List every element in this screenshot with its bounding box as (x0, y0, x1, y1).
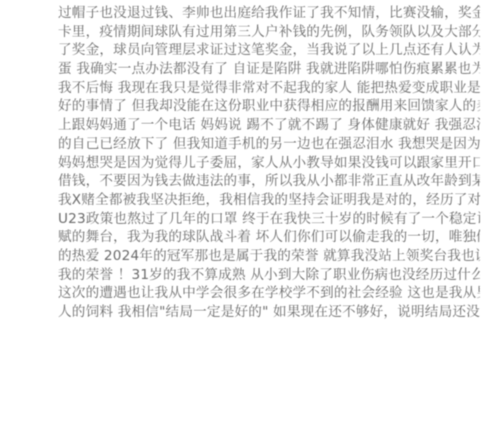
text-line: 蛋 我确实一点办法都没有了 自证是陷阱 我就进陷阱哪怕伤痕累累也为了自己自证 (58, 60, 480, 79)
text-line: 了奖金，球员向管理层求证过这笔奖金，当我说了以上几点还有人认为我是那个坏 (58, 41, 480, 60)
text-line: 的热爱 2024年的冠军那也是属于我的荣誉 就算我没站上领奖台我也认为那是属于 (58, 247, 480, 266)
text-line: 的自己已经放下了 但我知道手机的另一边也在强忍泪水 我想哭是因为我觉得委屈 (58, 135, 480, 154)
text-line: 我的荣誉 ！31岁的我不算成熟 从小到大除了职业伤病也没经历过什么社会霸凌 (58, 266, 480, 285)
text-line-last: 人的饲料 我相信"结局一定是好的" 如果现在还不够好，说明结局还没到 (58, 303, 480, 322)
text-line: U23政策也熬过了几年的口罩 终于在我快三十岁的时候有了一个稳定让我发现天 (58, 210, 480, 229)
text-line: 卡里，疫情期间球队有过用第三人户补钱的先例，队务领队以及大部分首发也收到 (58, 23, 480, 42)
document-page: 过帽子也没退过钱、李帅也出庭给我作证了我不知情，比赛没输，奖金是打在工资 卡里，… (0, 0, 500, 440)
text-line: 过帽子也没退过钱、李帅也出庭给我作证了我不知情，比赛没输，奖金是打在工资 (58, 4, 480, 23)
text-line: 好的事情了 但我却没能在这份职业中获得相应的报酬用来回馈家人的养育之恩 早 (58, 97, 480, 116)
text-line: 妈妈想哭是因为觉得儿子委屈，家人从小教导如果没钱可以跟家里开口 不要去 (58, 154, 480, 173)
text-line: 我不后悔 我现在我只是觉得非常对不起我的家人 能把热爱变成职业是人生中最最美 (58, 79, 480, 98)
text-line: 我X赌全都被我坚决拒绝，我相信我的坚持会证明我是对的，经历了对我不利的 (58, 191, 480, 210)
text-line: 借钱，不要因为钱去做违法的事，所以我从小都非常正直从改年龄到某些教练员让 (58, 172, 480, 191)
text-line: 赋的舞台，我为我的球队战斗着 坏人们你们可以偷走我的一切，唯独偷走不了我 (58, 228, 480, 247)
statement-text-block: 过帽子也没退过钱、李帅也出庭给我作证了我不知情，比赛没输，奖金是打在工资 卡里，… (58, 4, 480, 322)
text-line: 上跟妈妈通了一个电话 妈妈说 踢不了就不踢了 身体健康就好 我强忍泪水想表现 (58, 116, 480, 135)
text-line: 这次的遭遇也让我从中学会很多在学校学不到的社会经验 这也是我从男孩变成男 (58, 284, 480, 303)
